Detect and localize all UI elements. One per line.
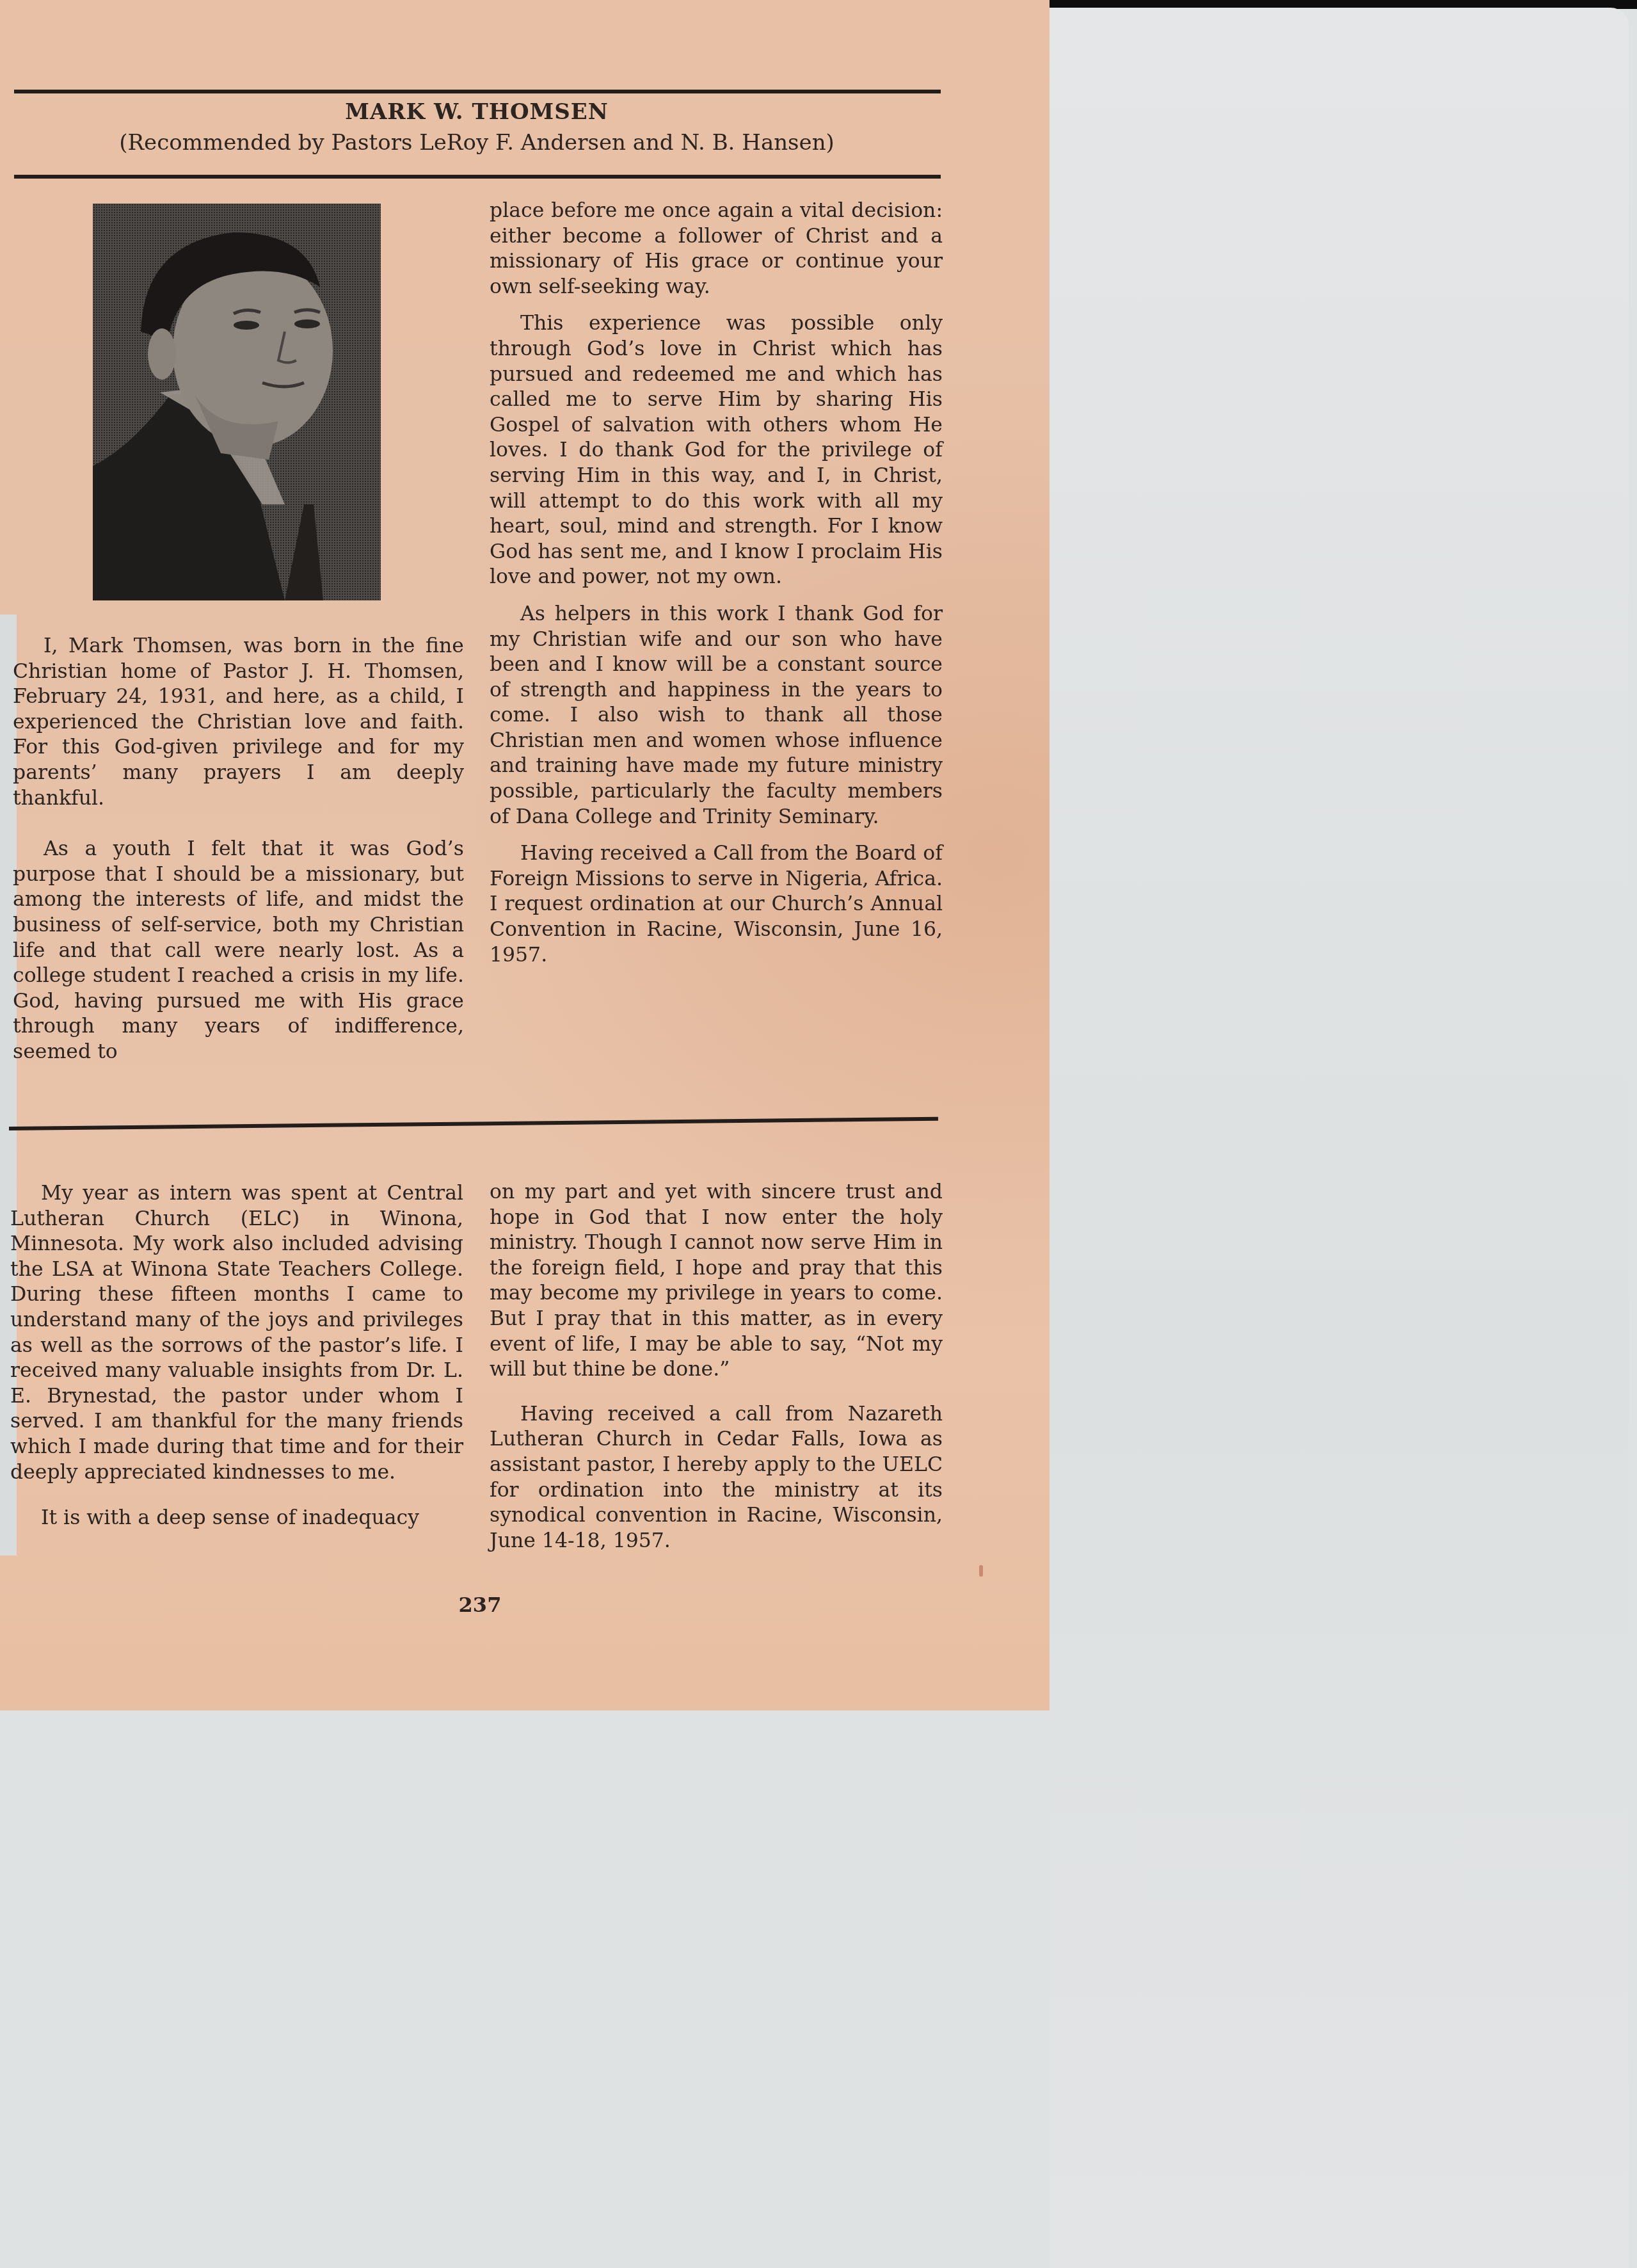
recommendation-line: (Recommended by Pastors LeRoy F. Anderse…	[13, 128, 941, 157]
lower-right-column: on my part and yet with sincere trust an…	[490, 1180, 943, 1565]
paragraph: I, Mark Thomsen, was born in the fine Ch…	[13, 634, 464, 811]
paper-stain	[979, 1565, 983, 1577]
portrait-icon	[93, 204, 381, 600]
scanner-bed	[1050, 8, 1629, 2268]
document-page: MARK W. THOMSEN (Recommended by Pastors …	[0, 0, 1050, 1710]
paragraph: Having received a call from Nazareth Lut…	[490, 1402, 943, 1554]
section-divider-rule	[9, 1117, 938, 1130]
paragraph: Having received a Call from the Board of…	[490, 841, 943, 968]
lower-left-column: My year as intern was spent at Central L…	[10, 1181, 463, 1543]
paragraph: place before me once again a vital decis…	[490, 198, 943, 300]
upper-left-column: I, Mark Thomsen, was born in the fine Ch…	[13, 634, 464, 1077]
article-title: MARK W. THOMSEN	[13, 96, 941, 128]
paragraph: It is with a deep sense of inadequacy	[10, 1506, 463, 1531]
top-rule	[14, 90, 941, 93]
header-rule	[14, 175, 941, 179]
article-header: MARK W. THOMSEN (Recommended by Pastors …	[13, 96, 941, 157]
paragraph: My year as intern was spent at Central L…	[10, 1181, 463, 1485]
portrait-photo	[93, 204, 381, 600]
paragraph: on my part and yet with sincere trust an…	[490, 1180, 943, 1383]
paragraph: As helpers in this work I thank God for …	[490, 602, 943, 830]
paragraph: As a youth I felt that it was God’s purp…	[13, 837, 464, 1065]
upper-right-column: place before me once again a vital decis…	[490, 198, 943, 979]
paragraph: This experience was possible only throug…	[490, 311, 943, 590]
page-number: 237	[448, 1593, 512, 1617]
